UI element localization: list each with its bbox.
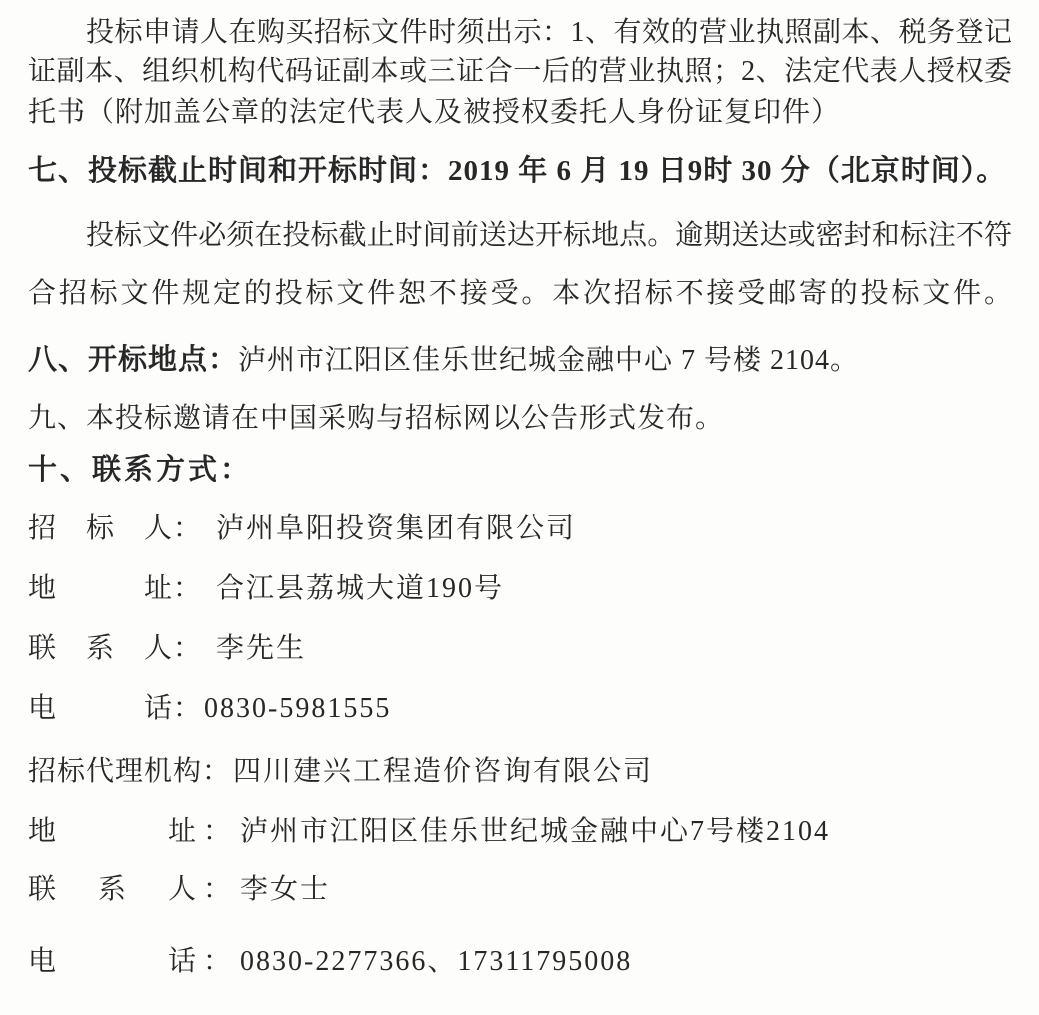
contact-value-tenderer: 泸州阜阳投资集团有限公司 — [216, 513, 576, 544]
contact-value-agency: 四川建兴工程造价咨询有限公司 — [233, 756, 653, 787]
section-7-datetime: 2019 年 6 月 19 日9时 30 分（北京时间）。 — [448, 155, 1006, 187]
contact-label-agency: 招标代理机构： — [28, 756, 231, 787]
contact-value-agency-phone: 0830-2277366、17311795008 — [240, 946, 632, 977]
section-8-heading: 八、开标地点： — [28, 344, 238, 376]
contact-value-tenderer-address: 合江县荔城大道190号 — [216, 573, 504, 604]
contact-value-tenderer-phone: 0830-5981555 — [204, 693, 391, 724]
delivery-paragraph-line-2: 合招标文件规定的投标文件恕不接受。本次招标不接受邮寄的投标文件。 — [28, 275, 1012, 313]
intro-paragraph-line-2: 证副本、组织机构代码证副本或三证合一后的营业执照；2、法定代表人授权委 — [28, 53, 1012, 91]
contact-row-agency-address: 地 址：泸州市江阳区佳乐世纪城金融中心7号楼2104 — [28, 813, 830, 851]
contact-label-tenderer-person: 联 系 人： — [28, 633, 202, 664]
contact-row-tenderer: 招 标 人：泸州阜阳投资集团有限公司 — [28, 510, 576, 548]
contact-row-tenderer-person: 联 系 人：李先生 — [28, 630, 306, 668]
contact-row-agency-phone: 电 话：0830-2277366、17311795008 — [28, 943, 632, 981]
contact-row-tenderer-phone: 电 话：0830-5981555 — [28, 690, 391, 728]
section-8-venue-line: 八、开标地点：泸州市江阳区佳乐世纪城金融中心 7 号楼 2104。 — [28, 341, 859, 380]
section-7-heading: 七、投标截止时间和开标时间： — [28, 155, 448, 187]
contact-row-tenderer-address: 地 址：合江县荔城大道190号 — [28, 570, 504, 608]
delivery-paragraph-line-1: 投标文件必须在投标截止时间前送达开标地点。逾期送达或密封和标注不符 — [28, 217, 1012, 255]
contact-value-agency-address: 泸州市江阳区佳乐世纪城金融中心7号楼2104 — [240, 816, 830, 847]
contact-label-agency-address: 地 址： — [28, 816, 238, 847]
document-page: 投标申请人在购买招标文件时须出示：1、有效的营业执照副本、税务登记 证副本、组织… — [0, 0, 1039, 1015]
section-7-deadline-line: 七、投标截止时间和开标时间：2019 年 6 月 19 日9时 30 分（北京时… — [28, 152, 1006, 190]
contact-label-agency-person: 联 系 人： — [28, 874, 238, 905]
section-9-announcement-line: 九、本投标邀请在中国采购与招标网以公告形式发布。 — [28, 400, 724, 438]
contact-row-agency-person: 联 系 人：李女士 — [28, 871, 330, 909]
intro-paragraph-line-1: 投标申请人在购买招标文件时须出示：1、有效的营业执照副本、税务登记 — [28, 14, 1012, 52]
contact-row-agency: 招标代理机构：四川建兴工程造价咨询有限公司 — [28, 753, 653, 791]
contact-label-tenderer-phone: 电 话： — [28, 693, 202, 724]
intro-paragraph-line-3: 托书（附加盖公章的法定代表人及被授权委托人身份证复印件） — [28, 94, 840, 132]
contact-label-tenderer: 招 标 人： — [28, 513, 202, 544]
contact-value-tenderer-person: 李先生 — [216, 633, 306, 664]
contact-label-tenderer-address: 地 址： — [28, 573, 202, 604]
contact-label-agency-phone: 电 话： — [28, 946, 238, 977]
section-10-contact-heading: 十、联系方式： — [28, 451, 252, 489]
section-8-venue-address: 泸州市江阳区佳乐世纪城金融中心 7 号楼 2104。 — [238, 345, 859, 376]
contact-value-agency-person: 李女士 — [240, 874, 330, 905]
